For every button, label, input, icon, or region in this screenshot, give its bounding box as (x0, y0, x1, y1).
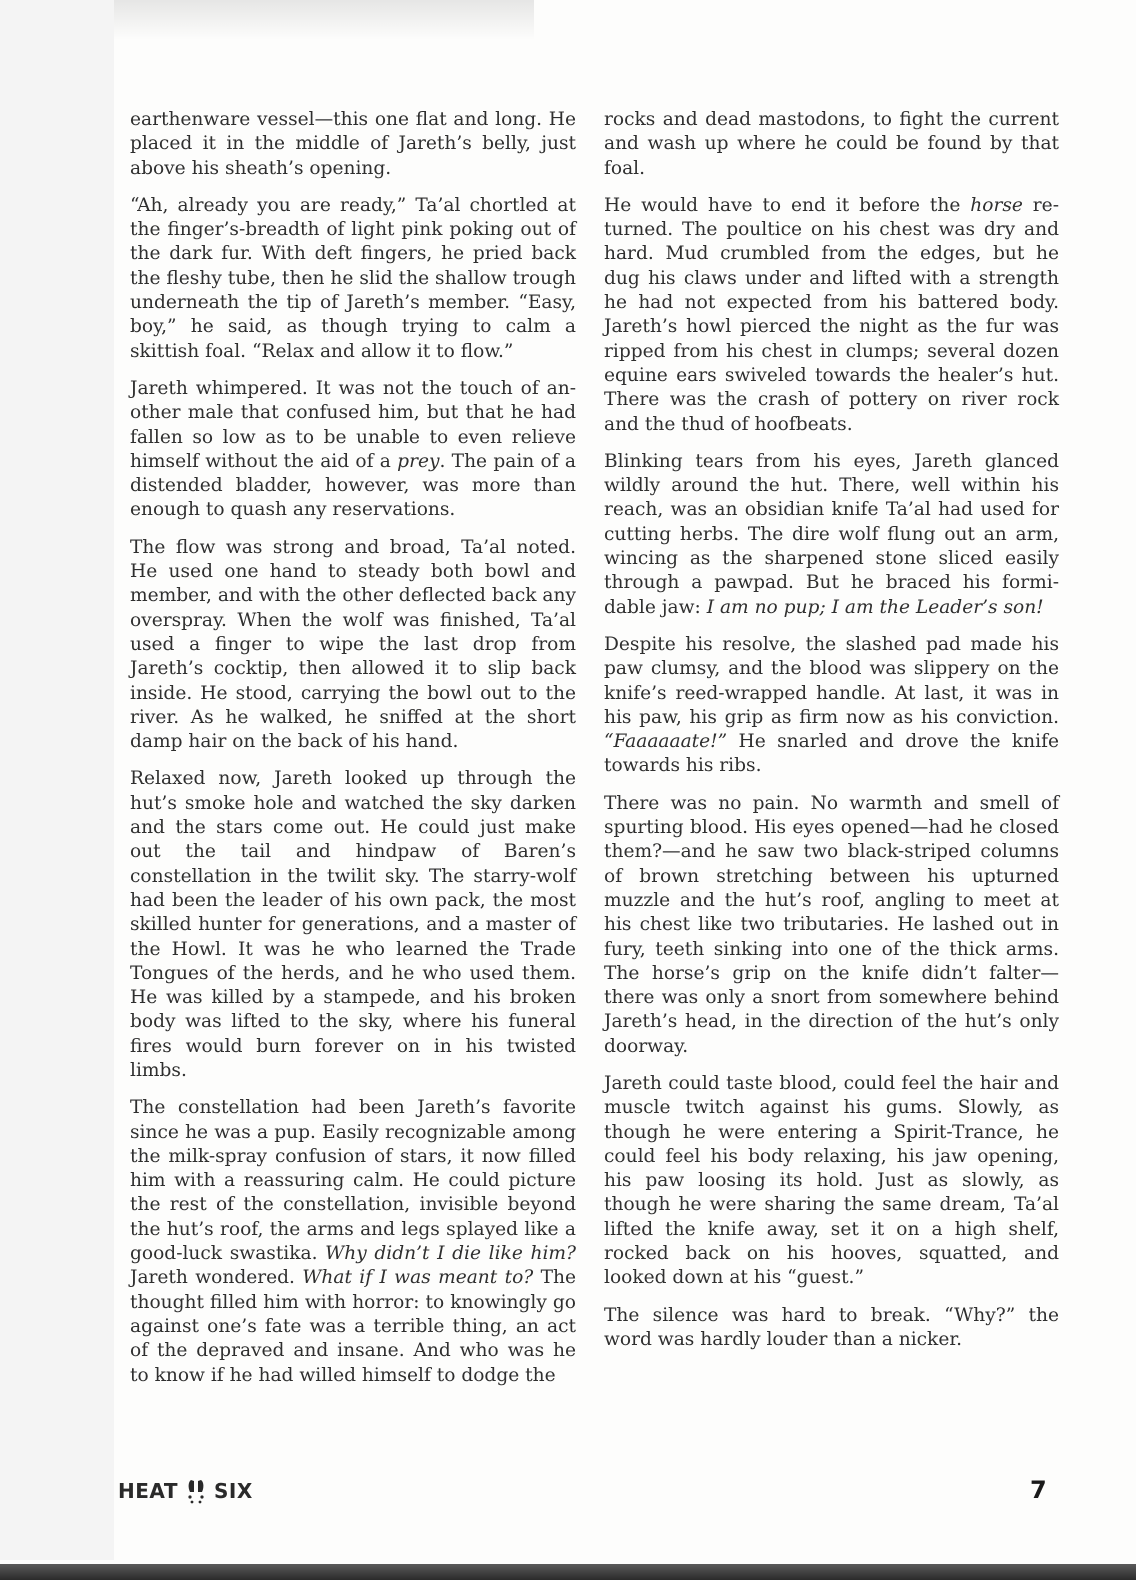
magazine-brand: HEAT SIX (118, 1478, 253, 1504)
italic-emphasis: Why didn’t I die like him? (325, 1243, 576, 1264)
paragraph: He would have to end it before the horse… (604, 194, 1059, 437)
scan-shadow (114, 0, 534, 40)
italic-emphasis: “Faaaaaate!” (604, 731, 727, 752)
paragraph: Despite his resolve, the slashed pad mad… (604, 633, 1059, 779)
paragraph: The silence was hard to break. “Why?” th… (604, 1304, 1059, 1353)
paragraph: The constellation had been Jareth’s favo… (130, 1096, 576, 1388)
paragraph: Jareth could taste blood, could feel the… (604, 1072, 1059, 1291)
paragraph: rocks and dead mastodons, to fight the c… (604, 108, 1059, 181)
paragraph: earthenware vessel—this one flat and lon… (130, 108, 576, 181)
italic-emphasis: What if I was meant to? (302, 1267, 533, 1288)
scan-margin-strip (0, 0, 114, 1560)
italic-emphasis: I am no pup; I am the Leader’s son! (707, 597, 1044, 618)
paragraph: Relaxed now, Jareth looked up through th… (130, 767, 576, 1083)
brand-word-heat: HEAT (118, 1479, 178, 1503)
paragraph: The flow was strong and broad, Ta’al not… (130, 536, 576, 755)
paragraph: Jareth whimpered. It was not the touch o… (130, 377, 576, 523)
right-column: rocks and dead mastodons, to fight the c… (604, 108, 1059, 1352)
brand-word-six: SIX (214, 1479, 253, 1503)
paragraph: There was no pain. No warmth and smell o… (604, 792, 1059, 1059)
paragraph: “Ah, already you are ready,” Ta’al chort… (130, 194, 576, 364)
page-number: 7 (1030, 1476, 1047, 1504)
paragraph: Blinking tears from his eyes, Jareth gla… (604, 450, 1059, 620)
italic-emphasis: prey (397, 451, 439, 472)
left-column: earthenware vessel—this one flat and lon… (130, 108, 576, 1388)
hoofprint-icon (186, 1478, 206, 1504)
italic-emphasis: horse (970, 195, 1023, 216)
scan-bottom-edge (0, 1564, 1136, 1580)
